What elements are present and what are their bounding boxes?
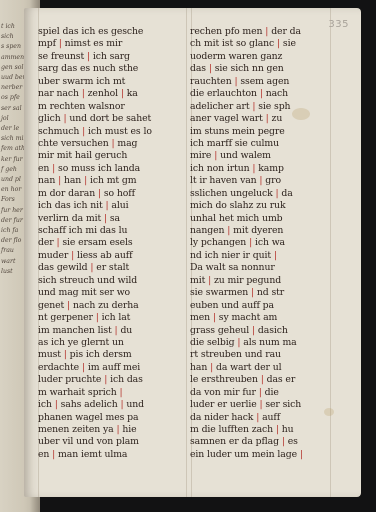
rubric-stroke: | [237, 337, 240, 348]
rubric-stroke: | [277, 38, 280, 49]
rubric-stroke: | [55, 399, 58, 410]
rubric-stroke: | [115, 325, 118, 336]
manuscript-line: schaff ich mi das lu [38, 225, 186, 237]
manuscript-line: die erlauchton | nach [190, 88, 340, 100]
manuscript-line: Da walt sa nonnur [190, 262, 340, 274]
rubric-stroke: | [116, 424, 119, 435]
manuscript-line: ich marff sie culmu [190, 138, 340, 150]
rubric-stroke: | [82, 88, 85, 99]
manuscript-line: adelicher art | sie sph [190, 101, 340, 113]
manuscript-line: ich non irtun | kamp [190, 163, 340, 175]
manuscript-line: erdachte | im auff mei [38, 362, 186, 374]
manuscript-line: verlirn da mit | sa [38, 213, 186, 225]
manuscript-line: unhal het mich umb [190, 213, 340, 225]
manuscript-line: must | pis ich dersm [38, 349, 186, 361]
manuscript-line: men | sy macht am [190, 312, 340, 324]
manuscript-line: ein luder um mein lage | [190, 449, 340, 461]
rubric-stroke: | [259, 399, 262, 410]
manuscript-line: mpf | nimst es mir [38, 38, 186, 50]
rubric-stroke: | [252, 101, 255, 112]
manuscript-line: uber swarm ich mt [38, 76, 186, 88]
manuscript-line: m rechten walsnor [38, 101, 186, 113]
rubric-stroke: | [210, 362, 213, 373]
manuscript-line: nan | han | ich mt gm [38, 175, 186, 187]
rubric-stroke: | [120, 399, 123, 410]
rubric-stroke: | [266, 113, 269, 124]
manuscript-line: der | sie ersam esels [38, 237, 186, 249]
manuscript-line: genet | nach zu derha [38, 300, 186, 312]
manuscript-line: sslichen ungeluck | da [190, 188, 340, 200]
rubric-stroke: | [82, 362, 85, 373]
manuscript-line: m dor daran | so hoff [38, 188, 186, 200]
rubric-stroke: | [274, 250, 277, 261]
manuscript-line: sie swarmen | nd str [190, 287, 340, 299]
manuscript-line: luder er uerlie | ser sich [190, 399, 340, 411]
rubric-stroke: | [259, 387, 262, 398]
rubric-stroke: | [67, 300, 70, 311]
text-column-right: rechen pfo men | der dach mit ist so gla… [190, 26, 340, 461]
manuscript-line: ch mit ist so glanc | sie [190, 38, 340, 50]
manuscript-line: glich | und dort be sahet [38, 113, 186, 125]
manuscript-line: mich do slahz zu ruk [190, 200, 340, 212]
rubric-stroke: | [261, 374, 264, 385]
manuscript-line: nar nach | zenhol | ka [38, 88, 186, 100]
manuscript-line: se freunst | ich sarg [38, 51, 186, 63]
manuscript-line: im manchen list | du [38, 325, 186, 337]
manuscript-line: das gewild | er stalt [38, 262, 186, 274]
manuscript-line: spiel das ich es gesche [38, 26, 186, 38]
manuscript-line: ich | sahs adelich | und [38, 399, 186, 411]
rubric-stroke: | [98, 188, 101, 199]
manuscript-line: nt gerpener | ich lat [38, 312, 186, 324]
manuscript-line: m warhait sprich | [38, 387, 186, 399]
manuscript-line: sarg das es nuch sthe [38, 63, 186, 75]
rubric-stroke: | [56, 237, 59, 248]
rubric-stroke: | [252, 325, 255, 336]
manuscript-line: euben und auff pa [190, 300, 340, 312]
rubric-stroke: | [227, 225, 230, 236]
rubric-stroke: | [249, 237, 252, 248]
rubric-stroke: | [300, 449, 303, 460]
manuscript-line: mir mit hail geruch [38, 150, 186, 162]
manuscript-line: mire | und walem [190, 150, 340, 162]
rubric-stroke: | [213, 312, 216, 323]
manuscript-line: luder pruchte | ich das [38, 374, 186, 386]
rubric-stroke: | [209, 63, 212, 74]
rubric-stroke: | [208, 275, 211, 286]
rubric-stroke: | [59, 38, 62, 49]
manuscript-line: en | man iemt ulma [38, 449, 186, 461]
rubric-stroke: | [260, 88, 263, 99]
manuscript-line: m die lufften zach | hu [190, 424, 340, 436]
manuscript-line: das | sie sich nn gen [190, 63, 340, 75]
manuscript-line: rechen pfo men | der da [190, 26, 340, 38]
rubric-stroke: | [256, 412, 259, 423]
text-column-left: spiel das ich es geschempf | nimst es mi… [38, 26, 186, 461]
rubric-stroke: | [120, 387, 123, 398]
rubric-stroke: | [52, 163, 55, 174]
rubric-stroke: | [234, 76, 237, 87]
manuscript-line: samnen er da pflag | es [190, 436, 340, 448]
manuscript-line: schmuch | ich must es lo [38, 126, 186, 138]
rubric-stroke: | [87, 51, 90, 62]
manuscript-line: nd ich nier ir quit | [190, 250, 340, 262]
manuscript-line: sich streuch und wild [38, 275, 186, 287]
manuscript-line: uoderm waren ganz [190, 51, 340, 63]
rubric-stroke: | [106, 200, 109, 211]
manuscript-line: und mag mit ser wo [38, 287, 186, 299]
rubric-stroke: | [252, 163, 255, 174]
rubric-stroke: | [276, 188, 279, 199]
manuscript-line: aner vagel wart | zu [190, 113, 340, 125]
rubric-stroke: | [276, 424, 279, 435]
rubric-stroke: | [64, 349, 67, 360]
column-rule [186, 8, 187, 497]
manuscript-line: die selbig | als num ma [190, 337, 340, 349]
manuscript-line: mit | zu mir pegund [190, 275, 340, 287]
manuscript-line: rauchten | ssem agen [190, 76, 340, 88]
rubric-stroke: | [282, 436, 285, 447]
manuscript-line: lt ir haven van | gro [190, 175, 340, 187]
manuscript-line: da von mir fur | die [190, 387, 340, 399]
rubric-stroke: | [104, 213, 107, 224]
manuscript-line: grass geheul | dasich [190, 325, 340, 337]
manuscript-line: muder | liess ab auff [38, 250, 186, 262]
manuscript-line: da nider hack | auff [190, 412, 340, 424]
rubric-stroke: | [111, 138, 114, 149]
rubric-stroke: | [259, 175, 262, 186]
manuscript-line: im stuns mein pegre [190, 126, 340, 138]
manuscript-line: uber vil und von plam [38, 436, 186, 448]
manuscript-line: menen zeiten ya | hie [38, 424, 186, 436]
manuscript-line: nangen | mit dyeren [190, 225, 340, 237]
rubric-stroke: | [265, 26, 268, 37]
manuscript-viewer: t ichsichs spenammengen soluud bernerber… [0, 0, 376, 512]
manuscript-line: en | so muss ich landa [38, 163, 186, 175]
rubric-stroke: | [71, 250, 74, 261]
rubric-stroke: | [104, 374, 107, 385]
rubric-stroke: | [52, 449, 55, 460]
manuscript-line: le ersthreuben | das er [190, 374, 340, 386]
rubric-stroke: | [58, 175, 61, 186]
manuscript-line: ich das ich nit | alui [38, 200, 186, 212]
manuscript-line: as ich ye glernt un [38, 337, 186, 349]
manuscript-line: ly pchangen | ich wa [190, 237, 340, 249]
manuscript-line: chte versuchen | mag [38, 138, 186, 150]
rubric-stroke: | [84, 175, 87, 186]
rubric-stroke: | [251, 287, 254, 298]
manuscript-line: han | da wart der ul [190, 362, 340, 374]
rubric-stroke: | [96, 312, 99, 323]
rubric-stroke: | [63, 113, 66, 124]
rubric-stroke: | [121, 88, 124, 99]
rubric-stroke: | [214, 150, 217, 161]
rubric-stroke: | [82, 126, 85, 137]
manuscript-line: rt streuben und rau [190, 349, 340, 361]
manuscript-line: phanen wagel mes pa [38, 412, 186, 424]
rubric-stroke: | [90, 262, 93, 273]
